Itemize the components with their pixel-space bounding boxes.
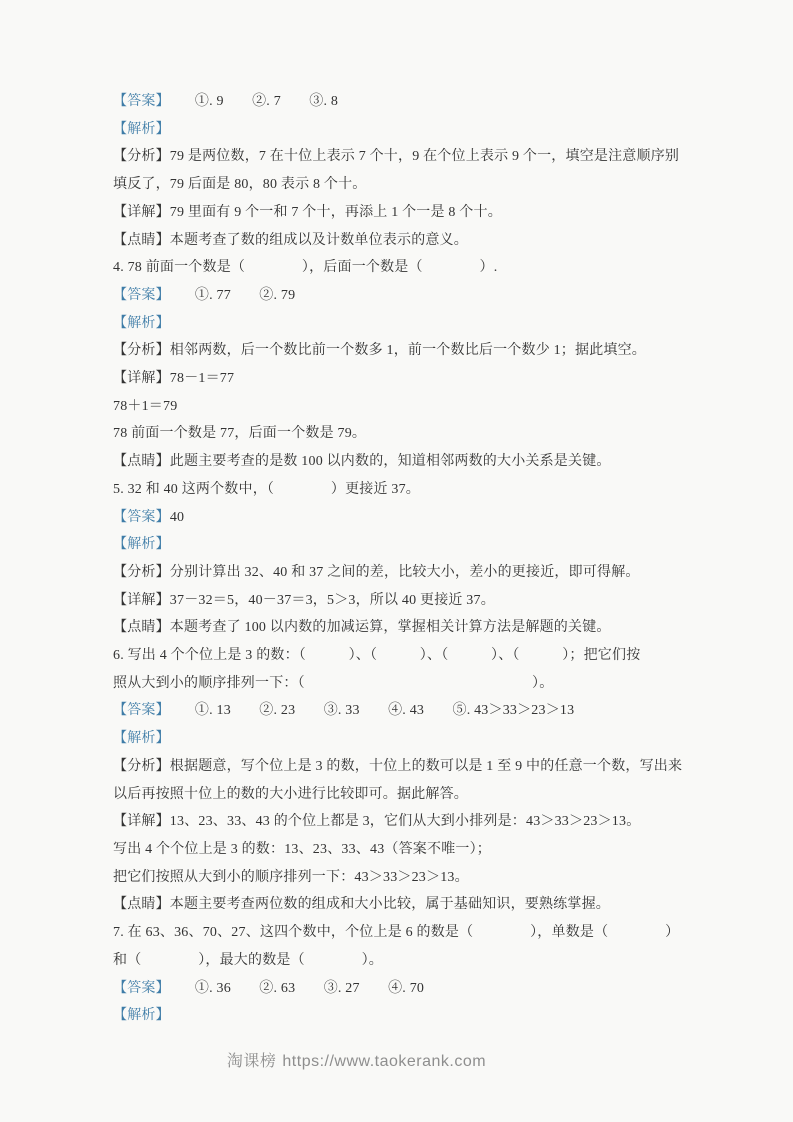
doc-line: 5. 32 和 40 这两个数中，（ ）更接近 37。 bbox=[113, 476, 753, 504]
line-text: 【点睛】此题主要考查的是数 100 以内数的，知道相邻两数的大小关系是关键。 bbox=[113, 454, 611, 469]
footer-site-name: 淘课榜 bbox=[227, 1053, 277, 1070]
doc-line: 【点睛】本题考查了数的组成以及计数单位表示的意义。 bbox=[113, 227, 753, 255]
doc-line: 78 前面一个数是 77，后面一个数是 79。 bbox=[113, 420, 753, 448]
bracket-label: 【解析】 bbox=[113, 316, 170, 331]
line-text: ①. 36 ②. 63 ③. 27 ④. 70 bbox=[163, 981, 424, 996]
doc-line: 【答案】 ①. 77 ②. 79 bbox=[113, 282, 753, 310]
line-text: 填反了，79 后面是 80，80 表示 8 个十。 bbox=[113, 177, 367, 192]
footer-watermark: 淘课榜https://www.taokerank.com bbox=[0, 1048, 793, 1071]
doc-line: 【分析】根据题意，写个位上是 3 的数，十位上的数可以是 1 至 9 中的任意一… bbox=[113, 753, 753, 781]
bracket-label: 【解析】 bbox=[113, 122, 170, 137]
doc-line: 【答案】 ①. 13 ②. 23 ③. 33 ④. 43 ⑤. 43＞33＞23… bbox=[113, 697, 753, 725]
line-text: 6. 写出 4 个个位上是 3 的数：（ ）、（ ）、（ ）、（ ）；把它们按 bbox=[113, 648, 640, 663]
doc-line: 【点睛】本题考查了 100 以内数的加减运算，掌握相关计算方法是解题的关键。 bbox=[113, 614, 753, 642]
bracket-label: 【答案】 bbox=[113, 510, 170, 525]
line-text: 【详解】13、23、33、43 的个位上都是 3，它们从大到小排列是：43＞33… bbox=[113, 814, 640, 829]
bracket-label: 【答案】 bbox=[113, 288, 163, 303]
worksheet-page: 【答案】 ①. 9 ②. 7 ③. 8【解析】【分析】79 是两位数，7 在十位… bbox=[0, 0, 793, 1122]
doc-line: 7. 在 63、36、70、27、这四个数中，个位上是 6 的数是（ ），单数是… bbox=[113, 919, 753, 947]
doc-line: 【解析】 bbox=[113, 310, 753, 338]
line-text: 【详解】78－1＝77 bbox=[113, 371, 234, 386]
bracket-label: 【解析】 bbox=[113, 731, 170, 746]
line-text: 【分析】分别计算出 32、40 和 37 之间的差，比较大小，差小的更接近，即可… bbox=[113, 565, 640, 580]
line-text: ①. 9 ②. 7 ③. 8 bbox=[163, 94, 338, 109]
footer-url: https://www.taokerank.com bbox=[282, 1053, 486, 1070]
doc-line: 【详解】79 里面有 9 个一和 7 个十，再添上 1 个一是 8 个十。 bbox=[113, 199, 753, 227]
doc-line: 以后再按照十位上的数的大小进行比较即可。据此解答。 bbox=[113, 781, 753, 809]
line-text: 【分析】根据题意，写个位上是 3 的数，十位上的数可以是 1 至 9 中的任意一… bbox=[113, 759, 682, 774]
doc-line: 【分析】相邻两数，后一个数比前一个数多 1，前一个数比后一个数少 1；据此填空。 bbox=[113, 337, 753, 365]
line-text: 【分析】79 是两位数，7 在十位上表示 7 个十，9 在个位上表示 9 个一，… bbox=[113, 149, 679, 164]
doc-line: 和（ ），最大的数是（ ）。 bbox=[113, 947, 753, 975]
line-text: 和（ ），最大的数是（ ）。 bbox=[113, 953, 383, 968]
line-text: 把它们按照从大到小的顺序排列一下：43＞33＞23＞13。 bbox=[113, 870, 469, 885]
worksheet-lines: 【答案】 ①. 9 ②. 7 ③. 8【解析】【分析】79 是两位数，7 在十位… bbox=[113, 88, 753, 1030]
line-text: 【详解】37－32＝5，40－37＝3，5＞3，所以 40 更接近 37。 bbox=[113, 593, 495, 608]
line-text: 以后再按照十位上的数的大小进行比较即可。据此解答。 bbox=[113, 787, 468, 802]
bracket-label: 【答案】 bbox=[113, 981, 163, 996]
doc-line: 【点睛】本题主要考查两位数的组成和大小比较，属于基础知识，要熟练掌握。 bbox=[113, 891, 753, 919]
doc-line: 【分析】79 是两位数，7 在十位上表示 7 个十，9 在个位上表示 9 个一，… bbox=[113, 143, 753, 171]
line-text: 78＋1＝79 bbox=[113, 399, 177, 414]
doc-line: 【答案】 ①. 9 ②. 7 ③. 8 bbox=[113, 88, 753, 116]
bracket-label: 【解析】 bbox=[113, 537, 170, 552]
line-text: 【分析】相邻两数，后一个数比前一个数多 1，前一个数比后一个数少 1；据此填空。 bbox=[113, 343, 646, 358]
line-text: 40 bbox=[170, 510, 184, 525]
doc-line: 6. 写出 4 个个位上是 3 的数：（ ）、（ ）、（ ）、（ ）；把它们按 bbox=[113, 642, 753, 670]
doc-line: 【答案】40 bbox=[113, 504, 753, 532]
doc-line: 把它们按照从大到小的顺序排列一下：43＞33＞23＞13。 bbox=[113, 864, 753, 892]
doc-line: 78＋1＝79 bbox=[113, 393, 753, 421]
doc-line: 【详解】78－1＝77 bbox=[113, 365, 753, 393]
doc-line: 写出 4 个个位上是 3 的数：13、23、33、43（答案不唯一）； bbox=[113, 836, 753, 864]
doc-line: 照从大到小的顺序排列一下：（ ）。 bbox=[113, 670, 753, 698]
line-text: 5. 32 和 40 这两个数中，（ ）更接近 37。 bbox=[113, 482, 420, 497]
doc-line: 【解析】 bbox=[113, 725, 753, 753]
doc-line: 4. 78 前面一个数是（ ），后面一个数是（ ）. bbox=[113, 254, 753, 282]
doc-line: 填反了，79 后面是 80，80 表示 8 个十。 bbox=[113, 171, 753, 199]
doc-line: 【详解】37－32＝5，40－37＝3，5＞3，所以 40 更接近 37。 bbox=[113, 587, 753, 615]
line-text: 7. 在 63、36、70、27、这四个数中，个位上是 6 的数是（ ），单数是… bbox=[113, 925, 679, 940]
line-text: 照从大到小的顺序排列一下：（ ）。 bbox=[113, 676, 553, 691]
doc-line: 【点睛】此题主要考查的是数 100 以内数的，知道相邻两数的大小关系是关键。 bbox=[113, 448, 753, 476]
line-text: 【点睛】本题考查了 100 以内数的加减运算，掌握相关计算方法是解题的关键。 bbox=[113, 620, 611, 635]
line-text: 【详解】79 里面有 9 个一和 7 个十，再添上 1 个一是 8 个十。 bbox=[113, 205, 502, 220]
bracket-label: 【答案】 bbox=[113, 94, 163, 109]
doc-line: 【解析】 bbox=[113, 116, 753, 144]
line-text: 【点睛】本题主要考查两位数的组成和大小比较，属于基础知识，要熟练掌握。 bbox=[113, 897, 610, 912]
doc-line: 【分析】分别计算出 32、40 和 37 之间的差，比较大小，差小的更接近，即可… bbox=[113, 559, 753, 587]
line-text: 4. 78 前面一个数是（ ），后面一个数是（ ）. bbox=[113, 260, 497, 275]
line-text: 【点睛】本题考查了数的组成以及计数单位表示的意义。 bbox=[113, 233, 468, 248]
line-text: ①. 77 ②. 79 bbox=[163, 288, 296, 303]
doc-line: 【详解】13、23、33、43 的个位上都是 3，它们从大到小排列是：43＞33… bbox=[113, 808, 753, 836]
line-text: 78 前面一个数是 77，后面一个数是 79。 bbox=[113, 426, 366, 441]
bracket-label: 【答案】 bbox=[113, 703, 163, 718]
doc-line: 【解析】 bbox=[113, 531, 753, 559]
doc-line: 【解析】 bbox=[113, 1002, 753, 1030]
bracket-label: 【解析】 bbox=[113, 1008, 170, 1023]
doc-line: 【答案】 ①. 36 ②. 63 ③. 27 ④. 70 bbox=[113, 975, 753, 1003]
line-text: 写出 4 个个位上是 3 的数：13、23、33、43（答案不唯一）； bbox=[113, 842, 491, 857]
line-text: ①. 13 ②. 23 ③. 33 ④. 43 ⑤. 43＞33＞23＞13 bbox=[163, 703, 575, 718]
